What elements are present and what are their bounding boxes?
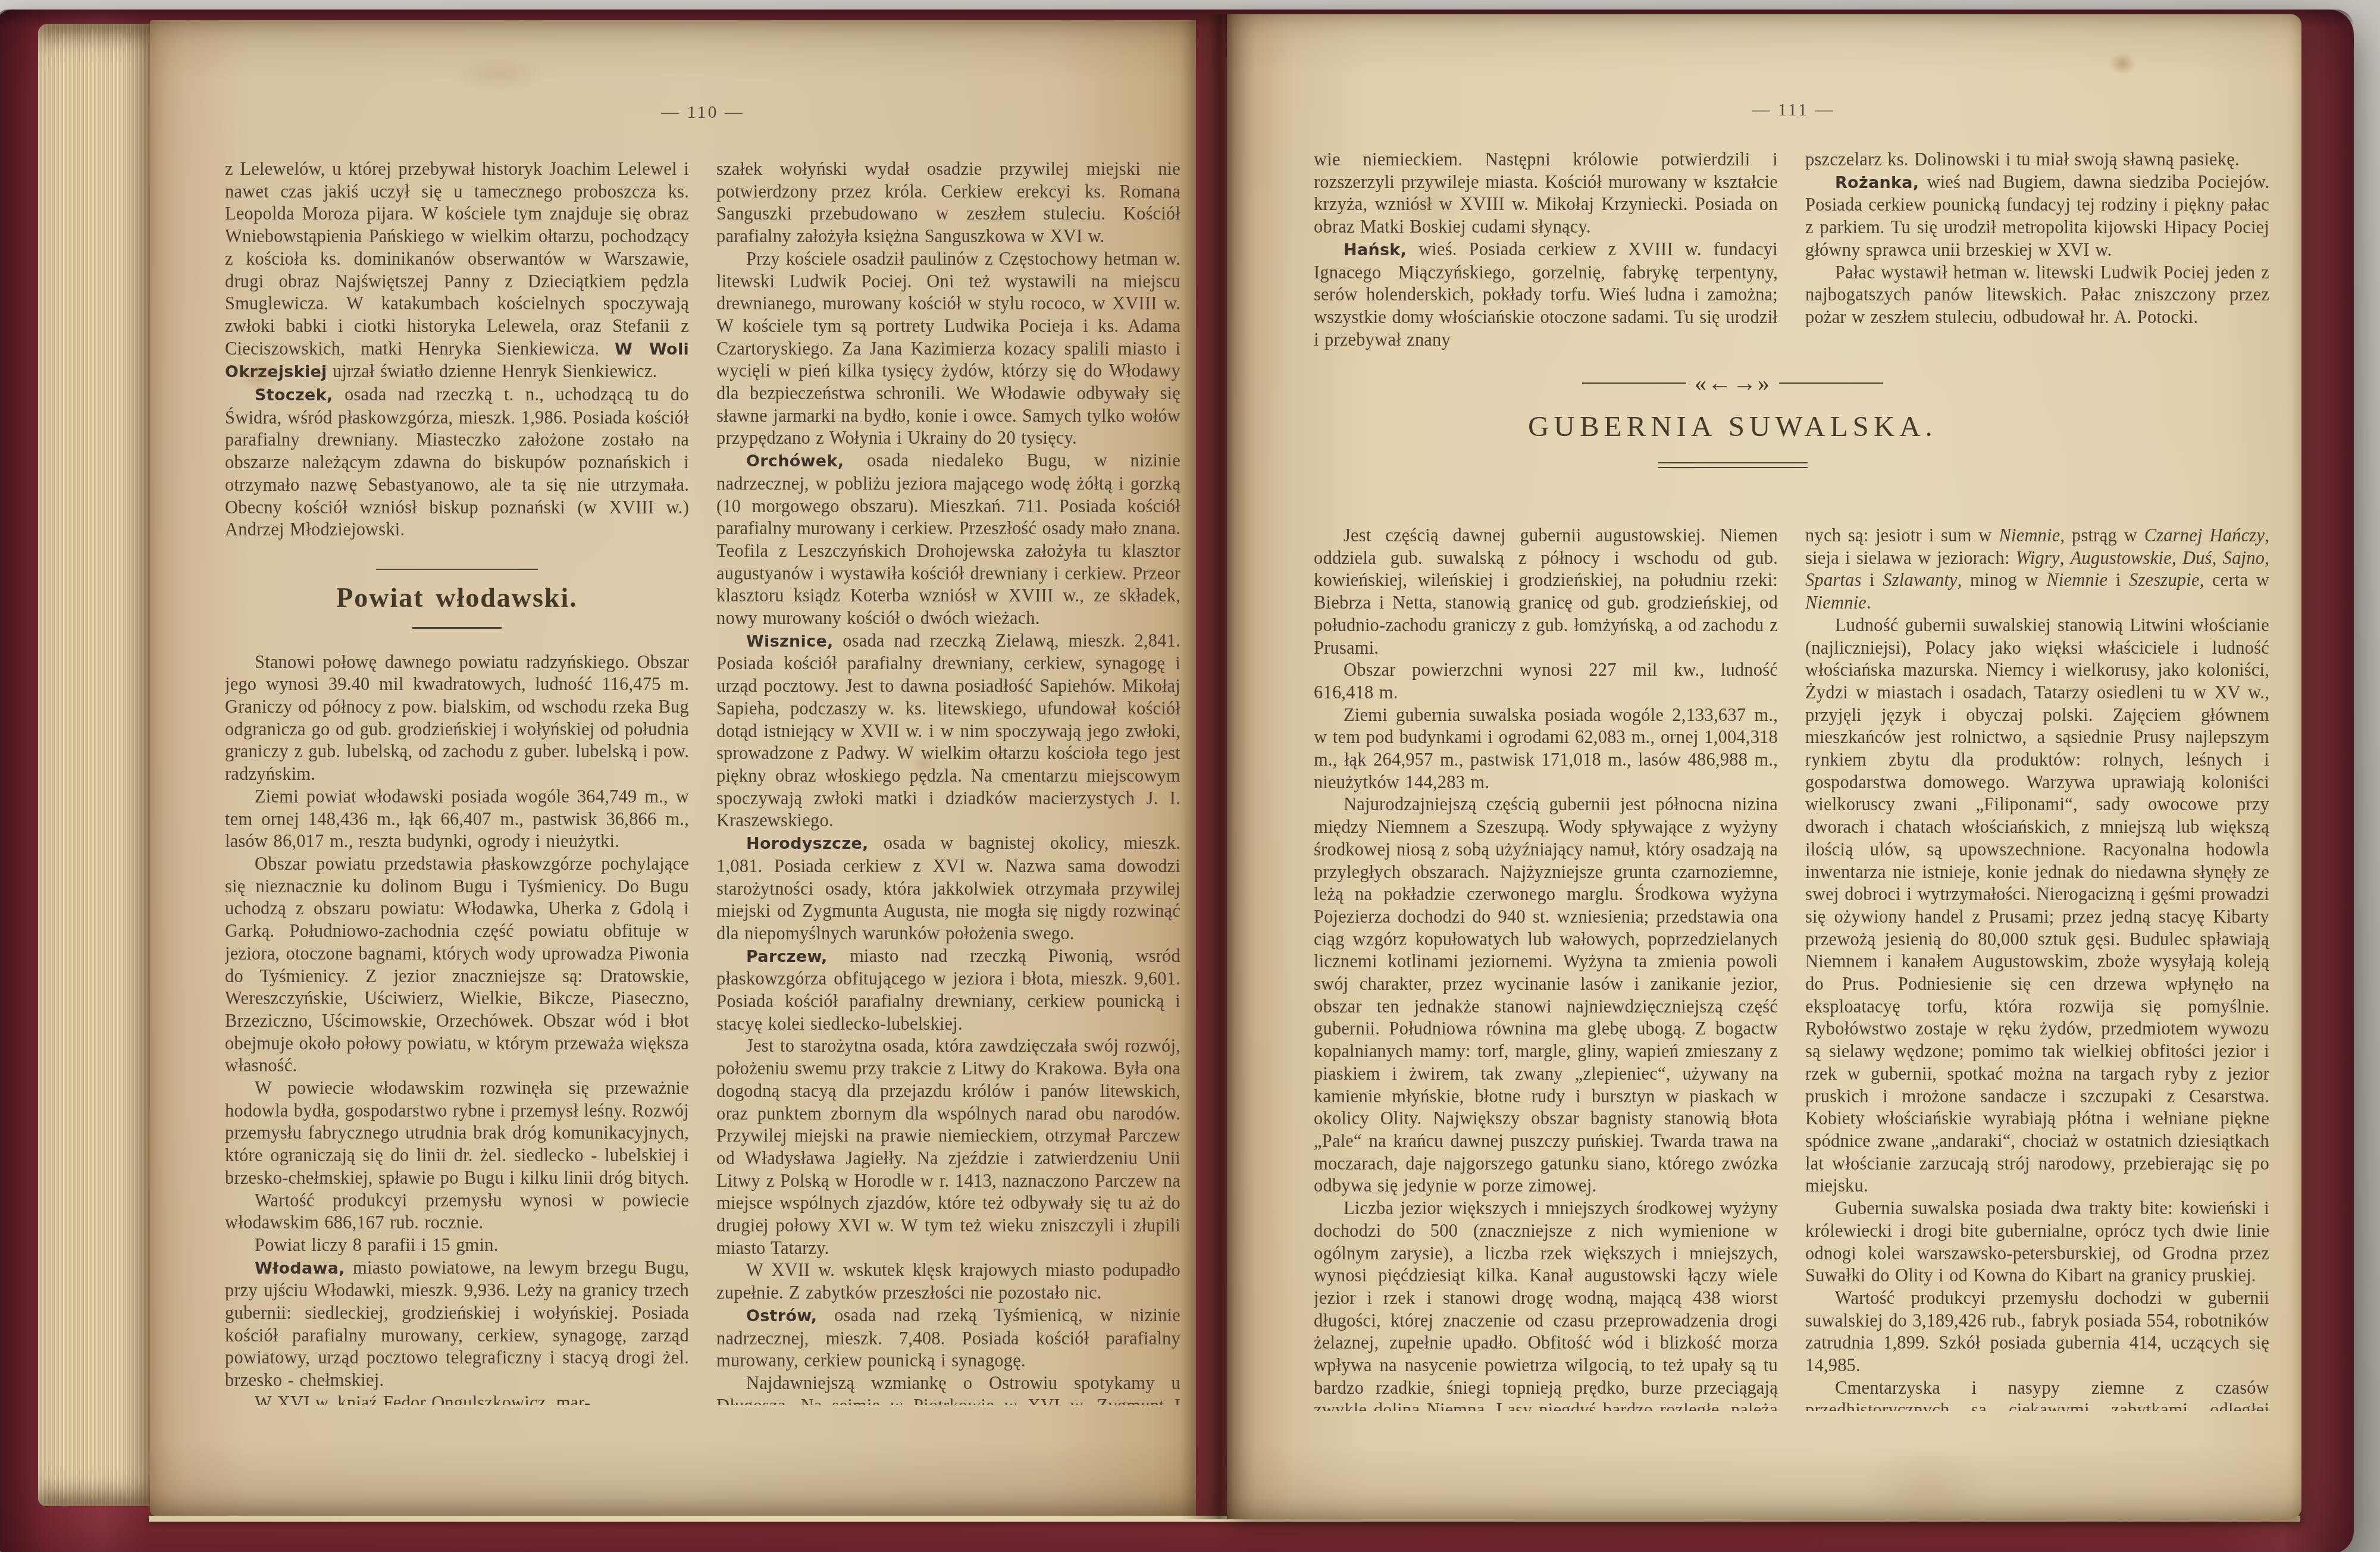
section-heading: Powiat włodawski. [225, 587, 689, 609]
paragraph: Cmentarzyska i nasypy ziemne z czasów pr… [1805, 1377, 2269, 1411]
paragraph: Obszar powierzchni wynosi 227 mil kw., l… [1314, 659, 1778, 704]
paragraph: Powiat liczy 8 parafii i 15 gmin. [225, 1234, 689, 1257]
page-111: — 111 — wie niemieckiem. Następni królow… [1227, 14, 2301, 1519]
paragraph: Ziemi gubernia suwalska posiada wogóle 2… [1314, 704, 1778, 794]
paragraph: Przy kościele osadził paulinów z Częstoc… [716, 248, 1180, 450]
col1-intro-paragraphs: z Lelewelów, u której przebywał historyk… [225, 158, 689, 541]
page-number-left: — 110 — [225, 102, 1180, 123]
entry-name: Hańsk, [1344, 241, 1407, 259]
paragraph: Liczba jezior większych i mniejszych śro… [1314, 1197, 1778, 1411]
paragraph: Orchówek, osada niedaleko Bugu, w nizini… [716, 450, 1180, 630]
paragraph: Rożanka, wieś nad Bugiem, dawna siedziba… [1805, 171, 2269, 262]
entry-name: Ostrów, [746, 1307, 817, 1325]
paragraph: Jest częścią dawnej gubernii augustowski… [1314, 525, 1778, 659]
paragraph: nych są: jesiotr i sum w Niemnie, pstrąg… [1805, 525, 2269, 614]
paragraph: pszczelarz ks. Dolinowski i tu miał swoj… [1805, 149, 2269, 171]
paragraph: Hańsk, wieś. Posiada cerkiew z XVIII w. … [1314, 239, 1778, 352]
left-page-column-1: z Lelewelów, u której przebywał historyk… [225, 158, 689, 1405]
entry-name: Horodyszcze, [746, 835, 869, 853]
right-page-bottom-column-2: nych są: jesiotr i sum w Niemnie, pstrąg… [1805, 525, 2269, 1411]
paragraph: Pałac wystawił hetman w. litewski Ludwik… [1805, 262, 2269, 329]
ornament-line-left [1582, 382, 1686, 384]
entry-name: Wisznice, [746, 632, 834, 651]
paragraph: Stoczek, osada nad rzeczką t. n., uchodz… [225, 384, 689, 541]
book-photo: — 110 — z Lelewelów, u której przebywał … [0, 0, 2380, 1552]
paragraph: Jest to starożytna osada, która zawdzięc… [716, 1035, 1180, 1259]
paragraph: Horodyszcze, osada w bagnistej okolicy, … [716, 832, 1180, 945]
chapter-heading-block: «←→» GUBERNIA SUWALSKA. [1251, 371, 2215, 468]
paragraph: Ostrów, osada nad rzeką Tyśmienicą, w ni… [716, 1305, 1180, 1372]
paragraph: szałek wołyński wydał osadzie przywilej … [716, 158, 1180, 248]
entry-name: Włodawa, [255, 1259, 345, 1278]
left-page-column-2: szałek wołyński wydał osadzie przywilej … [716, 158, 1180, 1405]
entry-name: Rożanka, [1835, 174, 1919, 192]
entry-name: Orchówek, [746, 452, 844, 471]
paragraph: Ziemi powiat włodawski posiada wogóle 36… [225, 786, 689, 853]
right-page-bottom-column-1: Jest częścią dawnej gubernii augustowski… [1314, 525, 1778, 1411]
paragraph: Włodawa, miasto powiatowe, na lewym brze… [225, 1257, 689, 1392]
chapter-underline [1658, 462, 1808, 468]
page-number-left-label: — 110 — [661, 102, 744, 122]
paragraph: Stanowi połowę dawnego powiatu radzyński… [225, 651, 689, 786]
paragraph: Najdawniejszą wzmiankę o Ostrowiu spotyk… [716, 1372, 1180, 1405]
page-stack-edge [38, 24, 156, 1506]
paragraph: Wartość produkcyi przemysłu wynosi w pow… [225, 1190, 689, 1234]
entry-name: W Woli Okrzejskiej [225, 340, 689, 382]
paragraph: Ludność gubernii suwalskiej stanowią Lit… [1805, 614, 2269, 1197]
paragraph: Parczew, miasto nad rzeczką Piwonią, wsr… [716, 945, 1180, 1036]
paragraph: W powiecie włodawskim rozwinęła się prze… [225, 1077, 689, 1190]
paragraph: Najurodzajniejszą częścią gubernii jest … [1314, 794, 1778, 1197]
page-number-right-label: — 111 — [1752, 100, 1835, 120]
paragraph: Obszar powiatu przedstawia płaskowzgórze… [225, 853, 689, 1077]
paragraph: W XVI w. kniaź Fedor Ongulszkowicz, mar- [225, 1392, 689, 1405]
paragraph: wie niemieckiem. Następni królowie potwi… [1314, 149, 1778, 239]
page-number-right: — 111 — [1314, 100, 2273, 120]
paragraph: W XVII w. wskutek klęsk krajowych miasto… [716, 1259, 1180, 1304]
arrows-ornament-icon: «←→» [1695, 371, 1771, 395]
chapter-ornament-divider: «←→» [1251, 371, 2215, 395]
entry-name: Stoczek, [255, 386, 333, 405]
right-page-bottom-columns: Jest częścią dawnej gubernii augustowski… [1314, 525, 2273, 1411]
page-110: — 110 — z Lelewelów, u której przebywał … [150, 20, 1196, 1516]
paragraph: Wisznice, osada nad rzeczką Zielawą, mie… [716, 630, 1180, 832]
section-divider-bottom [412, 627, 502, 629]
left-page-columns: z Lelewelów, u której przebywał historyk… [225, 158, 1180, 1405]
paragraph: Gubernia suwalska posiada dwa trakty bit… [1805, 1197, 2269, 1287]
paragraph: z Lelewelów, u której przebywał historyk… [225, 158, 689, 384]
chapter-title: GUBERNIA SUWALSKA. [1251, 409, 2215, 443]
col1-section-paragraphs: Stanowi połowę dawnego powiatu radzyński… [225, 651, 689, 1405]
section-divider-top [376, 569, 538, 570]
entry-name: Parczew, [746, 948, 828, 966]
ornament-line-right [1779, 382, 1883, 384]
paragraph: Wartość produkcyi przemysłu dochodzi w g… [1805, 1287, 2269, 1377]
